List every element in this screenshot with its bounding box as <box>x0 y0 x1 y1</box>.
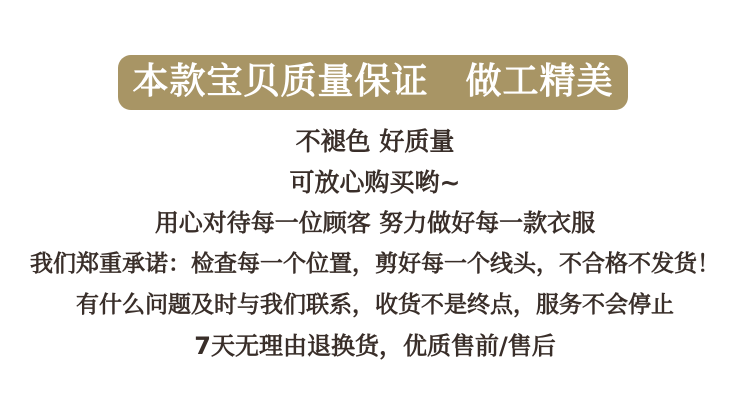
promise-text-block: 不褪色 好质量 可放心购买哟~ 用心对待每一位顾客 努力做好每一款衣服 我们郑重… <box>0 121 750 367</box>
promo-line-buy-with-confidence: 可放心购买哟~ <box>0 162 750 203</box>
promo-line-solemn-promise: 我们郑重承诺：检查每一个位置，剪好每一个线头，不合格不发货！ <box>0 244 750 285</box>
promo-line-return-policy: 7天无理由退换货，优质售前/售后 <box>0 326 750 367</box>
quality-guarantee-banner: 本款宝贝质量保证 做工精美 <box>118 55 628 110</box>
promo-line-care-for-customers: 用心对待每一位顾客 努力做好每一款衣服 <box>0 203 750 244</box>
banner-title: 本款宝贝质量保证 做工精美 <box>132 64 613 102</box>
promo-line-no-fade: 不褪色 好质量 <box>0 121 750 162</box>
promo-line-service-never-stops: 有什么问题及时与我们联系，收货不是终点，服务不会停止 <box>0 285 750 326</box>
product-quality-promo: 本款宝贝质量保证 做工精美 不褪色 好质量 可放心购买哟~ 用心对待每一位顾客 … <box>0 0 750 400</box>
